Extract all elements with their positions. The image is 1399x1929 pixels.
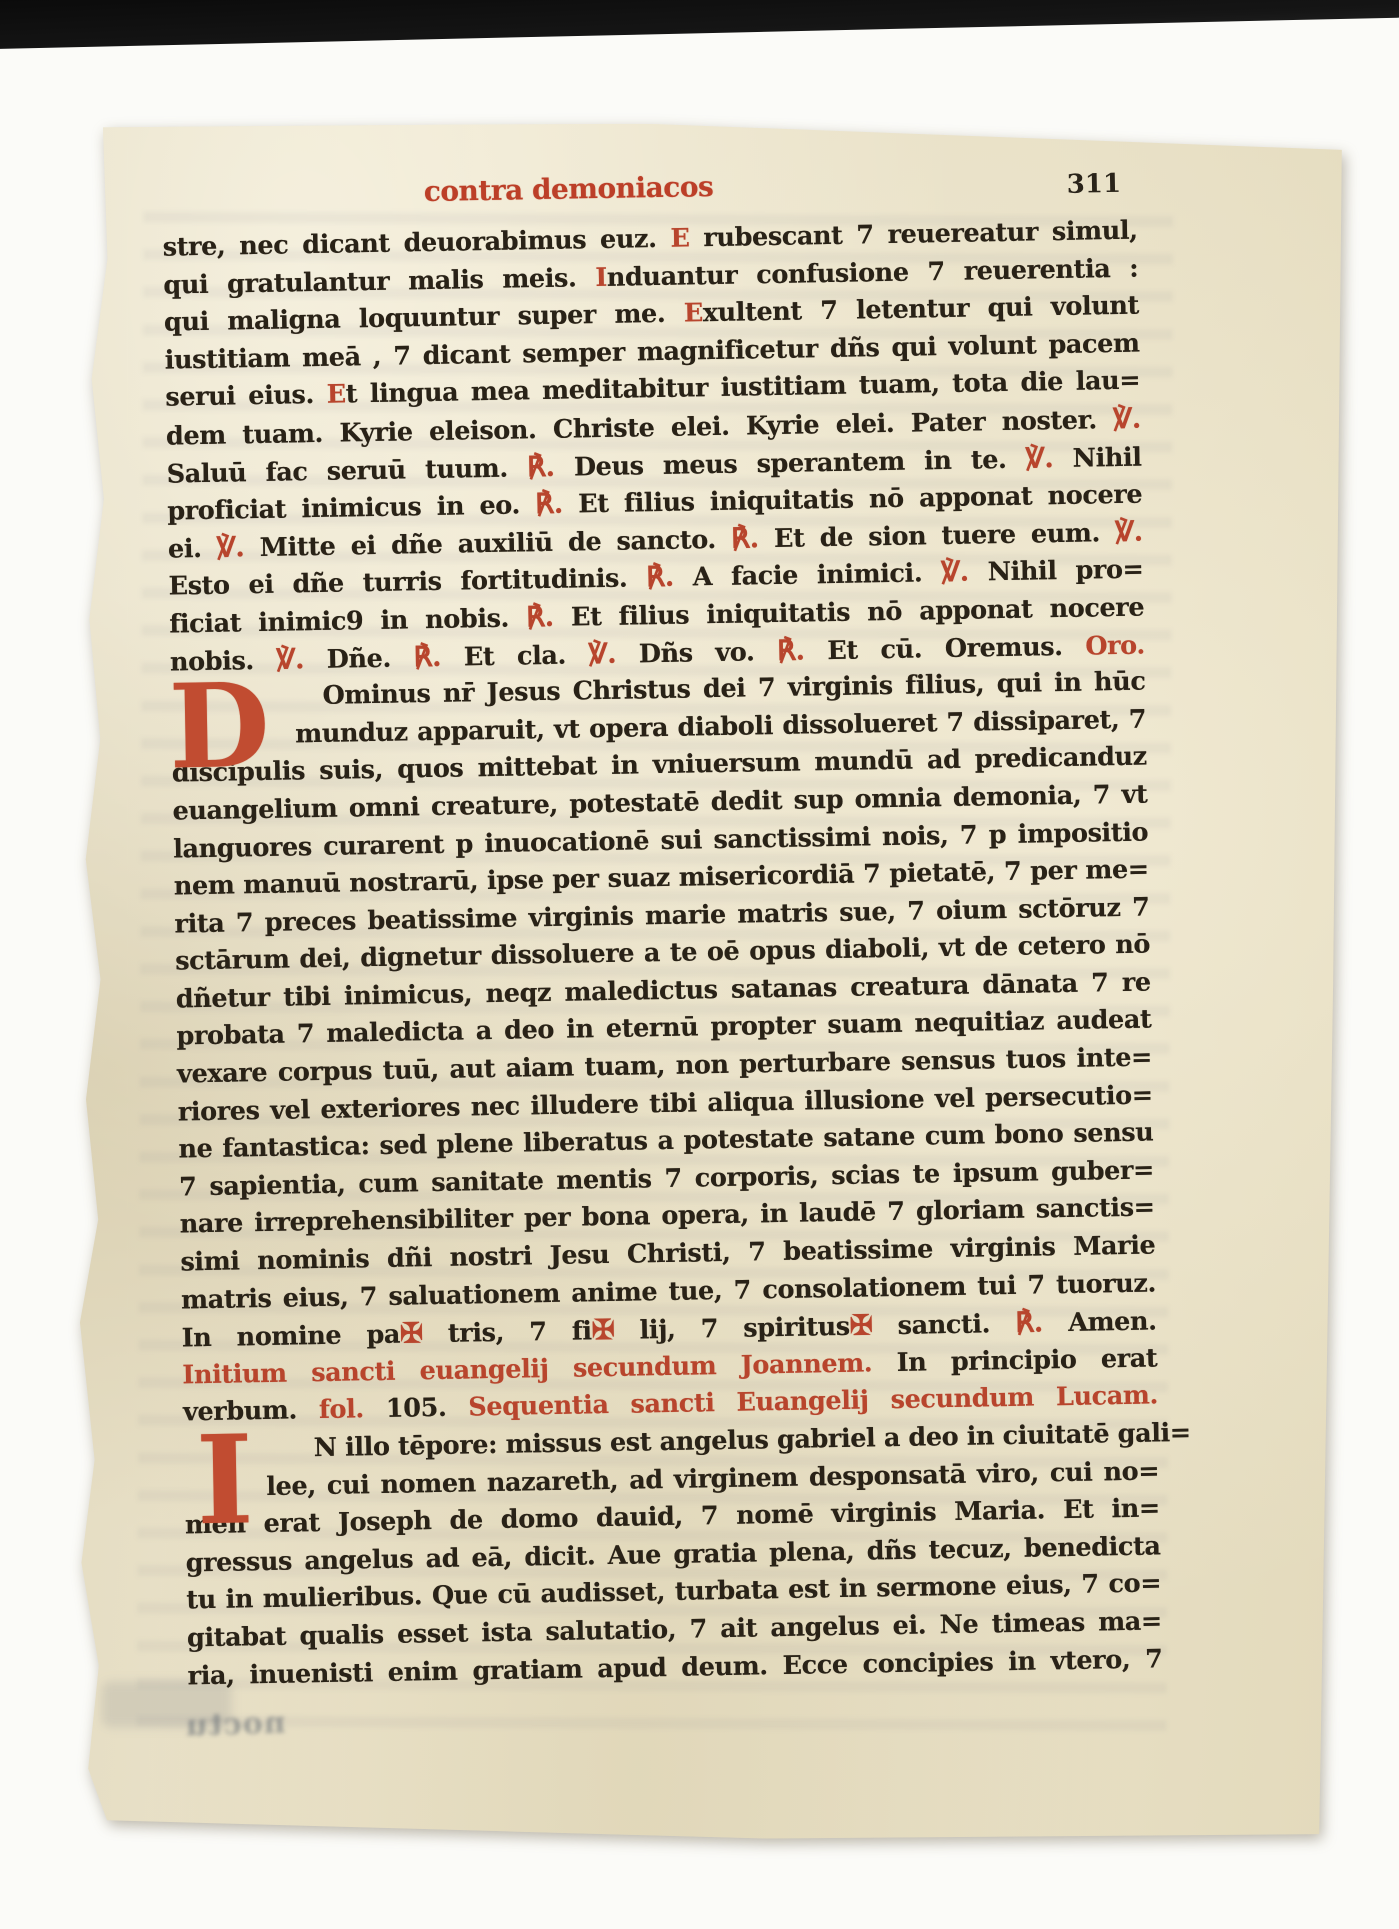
body-text: Et cū. Oremus. [804, 631, 1085, 666]
body-text: Et de sion tuere eum. [759, 518, 1116, 554]
body-text: nduantur confusione 7 reuerentia : [607, 253, 1139, 292]
body-text: Deus meus sperantem in te. [554, 444, 1026, 482]
body-text: A facie inimici. [674, 558, 942, 593]
manuscript-leaf-wrapper: noctu contra demoniacos 311 stre, nec di… [70, 124, 1342, 1840]
body-text: In nomine pa [182, 1320, 401, 1354]
rubric-text: ✠ [400, 1317, 423, 1349]
drop-cap-initial-d: D [168, 668, 274, 786]
rubric-text: ℟. [1015, 1307, 1043, 1339]
show-through-text: noctu [184, 1705, 286, 1743]
rubric-text: ℣. [217, 531, 245, 563]
rubric-text: ℣. [1025, 442, 1053, 474]
rubric-text: E [670, 223, 690, 253]
body-text: serui eius. [165, 380, 327, 413]
body-text: tris, 7 fi [422, 1317, 592, 1350]
body-text: proficiat inimicus in eo. [167, 490, 535, 526]
rubric-text: ℟. [527, 450, 555, 482]
text-lines: stre, nec dicant deuorabimus euz. E rube… [162, 213, 1162, 1696]
body-text: stre, nec dicant deuorabimus euz. [162, 224, 670, 263]
rubric-text: ℟. [777, 634, 805, 666]
body-text: rubescant 7 reuereatur simul, [689, 216, 1138, 254]
body-text: Amen. [1043, 1307, 1157, 1339]
body-text: qui maligna loquuntur super me. [164, 299, 684, 338]
rubric-text: ℣. [1115, 515, 1143, 547]
rubric-text: E [326, 380, 346, 410]
body-text: qui gratulantur malis meis. [163, 263, 595, 301]
rubric-text: ℣. [1113, 403, 1141, 435]
drop-cap-initial-i: I [195, 1418, 253, 1541]
body-text: Dñs vo. [616, 636, 777, 669]
body-text: Nihil pro= [969, 555, 1144, 588]
body-text: Esto ei dñe turris fortitudinis. [168, 564, 646, 602]
body-text: Et cla. [441, 640, 589, 673]
body-text: ficiat inimic9 in nobis. [169, 603, 526, 639]
body-text: Mitte ei dñe auxiliū de sancto. [244, 524, 731, 562]
rubric-text: ℟. [535, 488, 563, 520]
rubric-text: I [595, 262, 607, 292]
rubric-text: ℣. [588, 637, 616, 669]
manuscript-leaf: noctu contra demoniacos 311 stre, nec di… [66, 121, 1345, 1843]
body-text: xultent 7 letentur qui volunt [703, 291, 1140, 329]
body-text: sancti. [872, 1309, 1015, 1341]
rubric-text: ℟. [731, 522, 759, 554]
body-text: In principio erat [872, 1343, 1158, 1378]
rubric-text: fol. [319, 1395, 364, 1426]
body-text: Nihil [1053, 442, 1142, 474]
rubric-text: ℣. [941, 556, 969, 588]
scanner-lid-edge [0, 0, 1399, 52]
body-text: lij, 7 spiritus [614, 1312, 850, 1346]
rubric-text: ℟. [413, 640, 441, 672]
rubric-text: ✠ [591, 1314, 614, 1346]
text-block: contra demoniacos 311 stre, nec dicant d… [162, 161, 1163, 1696]
body-text: Et filius iniquitatis nō apponat nocere [563, 480, 1143, 520]
folio-number: 311 [1067, 169, 1122, 200]
rubric-text: ℟. [526, 601, 554, 633]
rubric-text: E [684, 298, 704, 328]
rubric-text: ℣. [276, 643, 304, 675]
body-text: ei. [168, 533, 217, 564]
body-text: Saluū fac seruū tuum. [166, 453, 527, 489]
running-title: contra demoniacos [423, 170, 713, 208]
rubric-text: Oro. [1085, 630, 1145, 661]
rubric-text: ℟. [646, 561, 674, 593]
body-text: Dñe. [304, 643, 414, 675]
body-text: 105. [364, 1393, 469, 1425]
rubric-text: ✠ [849, 1310, 872, 1342]
